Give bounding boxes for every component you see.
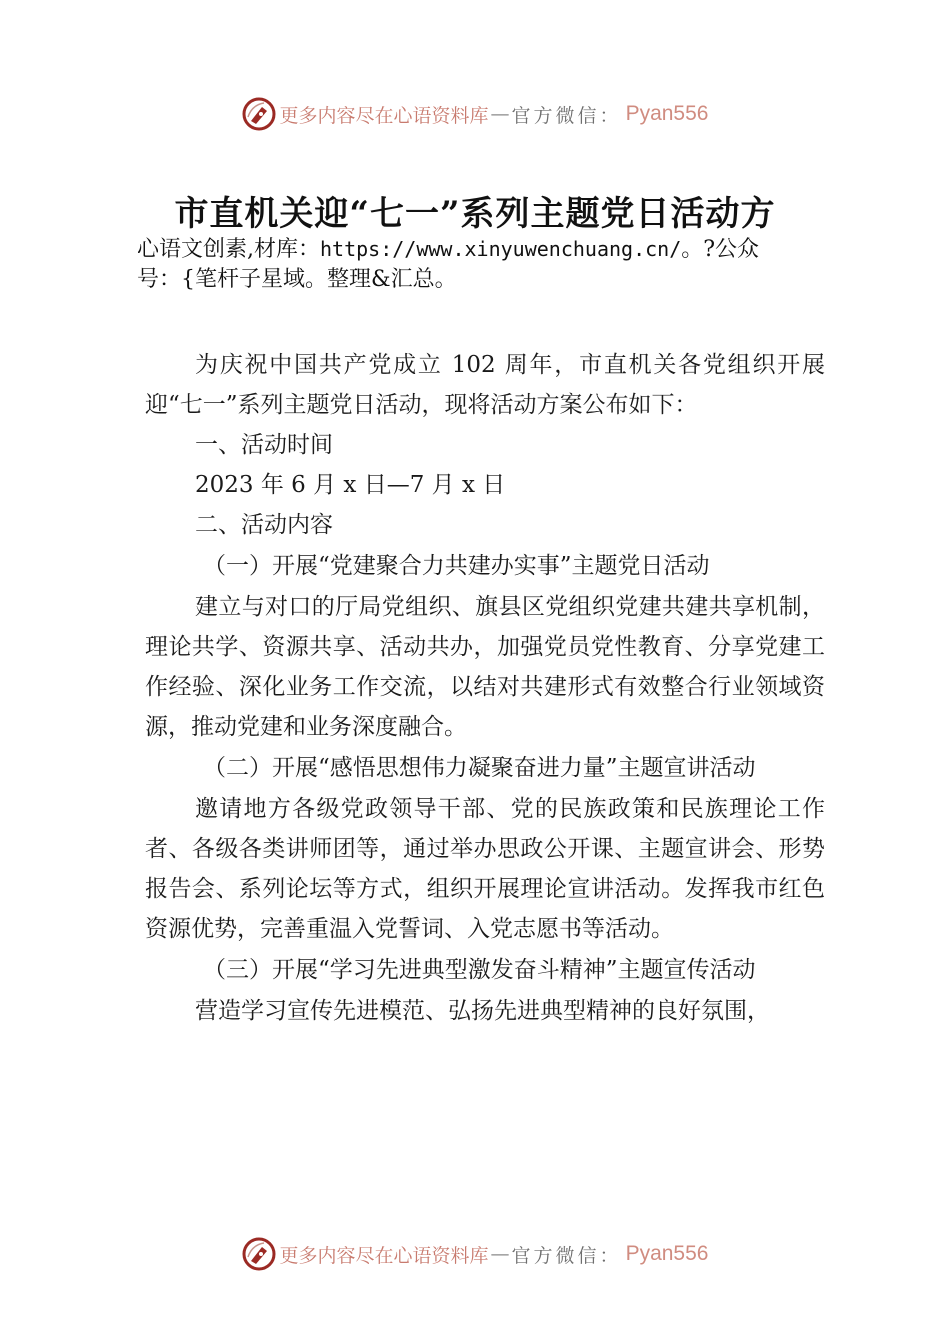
- source-line-2: 号：{笔杆子星域。整理&汇总。: [137, 267, 457, 292]
- footer-watermark-banner: 更多内容尽在心语资料库 — 官方微信： Pyan556: [0, 1232, 950, 1276]
- subsection-body-2: 邀请地方各级党政领导干部、党的民族政策和民族理论工作者、各级各类讲师团等，通过举…: [145, 789, 825, 949]
- pen-nib-logo-icon: [242, 97, 276, 131]
- wechat-id: Pyan556: [626, 102, 709, 126]
- document-body: 为庆祝中国共产党成立 102 周年，市直机关各党组织开展迎“七一”系列主题党日活…: [145, 345, 825, 1031]
- source-note: 心语文创素,材库：https://www.xinyuwenchuang.cn/。…: [137, 234, 837, 295]
- subsection-heading-2: （二）开展“感悟思想伟力凝聚奋进力量”主题宣讲活动: [145, 747, 825, 789]
- pen-nib-logo-icon: [242, 1237, 276, 1271]
- official-wechat-label: 官方微信：: [512, 1241, 622, 1268]
- separator-dash: —: [491, 103, 510, 125]
- brand-text: 更多内容尽在心语资料库: [280, 1241, 489, 1268]
- wechat-id: Pyan556: [626, 1242, 709, 1266]
- official-wechat-label: 官方微信：: [512, 101, 622, 128]
- separator-dash: —: [491, 1243, 510, 1265]
- intro-paragraph: 为庆祝中国共产党成立 102 周年，市直机关各党组织开展迎“七一”系列主题党日活…: [145, 345, 825, 425]
- document-title: 市直机关迎“七一”系列主题党日活动方: [0, 186, 950, 235]
- source-suffix: 。?公众: [681, 237, 759, 262]
- brand-text: 更多内容尽在心语资料库: [280, 101, 489, 128]
- activity-date-range: 2023 年 6 月 x 日—7 月 x 日: [145, 465, 825, 505]
- header-watermark-banner: 更多内容尽在心语资料库 — 官方微信： Pyan556: [0, 92, 950, 136]
- section-heading-content: 二、活动内容: [145, 505, 825, 545]
- source-url: https://www.xinyuwenchuang.cn/: [320, 237, 681, 261]
- source-prefix: 心语文创素,材库：: [137, 237, 320, 262]
- subsection-heading-1: （一）开展“党建聚合力共建办实事”主题党日活动: [145, 545, 825, 587]
- subsection-heading-3: （三）开展“学习先进典型激发奋斗精神”主题宣传活动: [145, 949, 825, 991]
- subsection-body-1: 建立与对口的厅局党组织、旗县区党组织党建共建共享机制，理论共学、资源共享、活动共…: [145, 587, 825, 747]
- subsection-body-3: 营造学习宣传先进模范、弘扬先进典型精神的良好氛围，: [145, 991, 825, 1031]
- section-heading-time: 一、活动时间: [145, 425, 825, 465]
